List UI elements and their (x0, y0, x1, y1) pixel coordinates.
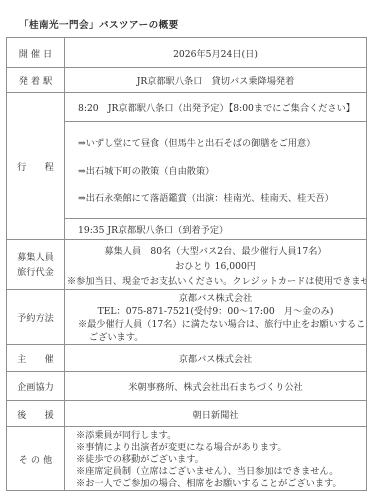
reservation-company: 京都バス株式会社 (65, 292, 366, 305)
itinerary-stop: ⇒出石城下町の散策（自由散策） (78, 163, 366, 177)
station-value: JR京都駅八条口 貸切バス乗降場発着 (65, 68, 367, 93)
itinerary-stop: ⇒出石永楽館にて落語鑑賞（出演：桂南光、桂南天、桂天吾） (78, 190, 366, 204)
capacity-fare-cell: 募集人員 80名（大型バス2台、最少催行人員17名） おひとり 16,000円 … (65, 240, 367, 290)
support-value: 朝日新聞社 (65, 401, 367, 427)
payment-note: ※参加当日、現金でお支払いください。クレジットカードは使用できません。 (65, 274, 366, 289)
organizer-value: 京都バス株式会社 (65, 345, 367, 372)
itinerary-stops-list: ⇒いずし堂にて昼食（但馬牛と出石そばの御膳をご用意） ⇒出石城下町の散策（自由散… (65, 122, 366, 217)
row-label-itinerary: 行 程 (7, 93, 65, 240)
page-title: 「桂南光一門会」バスツアーの概要 (19, 17, 179, 31)
row-label-date: 開 催 日 (7, 38, 65, 68)
reservation-tel: TEL：075-871-7521(受付9：00～17:00 月～金のみ) (65, 305, 366, 318)
row-label-reservation: 予約方法 (7, 290, 65, 345)
itinerary-arrival: 19:35 JR京都駅八条口（到着予定） (65, 219, 367, 240)
row-label-organizer: 主 催 (7, 345, 65, 372)
table-row: 企画協力 米朝事務所、株式会社出石まちづくり公社 (7, 372, 367, 401)
row-label-capacity-fare: 募集人員 旅行代金 (7, 240, 65, 290)
row-label-support: 後 援 (7, 401, 65, 427)
table-row: 行 程 8:20 JR京都駅八条口（出発予定）【8:00までにご集合ください】 (7, 93, 367, 122)
table-row: 開 催 日 2026年5月24日(日) (7, 38, 367, 68)
other-note: ※事情により出演者が変更になる場合があります。 (65, 442, 366, 454)
table-row: 発 着 駅 JR京都駅八条口 貸切バス乗降場発着 (7, 68, 367, 93)
capacity-value: 募集人員 80名（大型バス2台、最少催行人員17名） (65, 244, 366, 259)
reservation-cell: 京都バス株式会社 TEL：075-871-7521(受付9：00～17:00 月… (65, 290, 367, 345)
fare-value: おひとり 16,000円 (65, 259, 366, 274)
table-row: 予約方法 京都バス株式会社 TEL：075-871-7521(受付9：00～17… (7, 290, 367, 345)
row-label-other: そ の 他 (7, 427, 65, 491)
table-row: そ の 他 ※添乗員が同行します。 ※事情により出演者が変更になる場合があります… (7, 427, 367, 491)
reservation-note-line2: ございます。 (65, 331, 366, 344)
itinerary-stop: ⇒いずし堂にて昼食（但馬牛と出石そばの御膳をご用意） (78, 135, 366, 149)
row-label-planning: 企画協力 (7, 372, 65, 401)
table-row: 募集人員 旅行代金 募集人員 80名（大型バス2台、最少催行人員17名） おひと… (7, 240, 367, 290)
other-note: ※座席定員制（立席はございません）、当日参加はできません。 (65, 466, 366, 478)
reservation-note-line1: ※最少催行人員（17名）に満たない場合は、旅行中止をお願いすることが (65, 318, 366, 331)
other-note: ※お一人でご参加の場合、相席をお願いすることがございます。 (65, 478, 366, 490)
other-notes-cell: ※添乗員が同行します。 ※事情により出演者が変更になる場合があります。 ※徒歩で… (65, 427, 367, 491)
itinerary-stops: ⇒いずし堂にて昼食（但馬牛と出石そばの御膳をご用意） ⇒出石城下町の散策（自由散… (65, 122, 367, 219)
table-row: 後 援 朝日新聞社 (7, 401, 367, 427)
other-note: ※徒歩での移動がございます。 (65, 454, 366, 466)
planning-value: 米朝事務所、株式会社出石まちづくり公社 (65, 372, 367, 401)
document-page: 「桂南光一門会」バスツアーの概要 開 催 日 2026年5月24日(日) 発 着… (0, 0, 378, 500)
other-note: ※添乗員が同行します。 (65, 430, 366, 442)
label-fare: 旅行代金 (7, 265, 64, 280)
row-label-station: 発 着 駅 (7, 68, 65, 93)
tour-overview-table: 開 催 日 2026年5月24日(日) 発 着 駅 JR京都駅八条口 貸切バス乗… (6, 37, 367, 491)
table-row: 主 催 京都バス株式会社 (7, 345, 367, 372)
itinerary-departure: 8:20 JR京都駅八条口（出発予定）【8:00までにご集合ください】 (65, 93, 367, 122)
date-value: 2026年5月24日(日) (65, 38, 367, 68)
label-capacity: 募集人員 (7, 250, 64, 265)
